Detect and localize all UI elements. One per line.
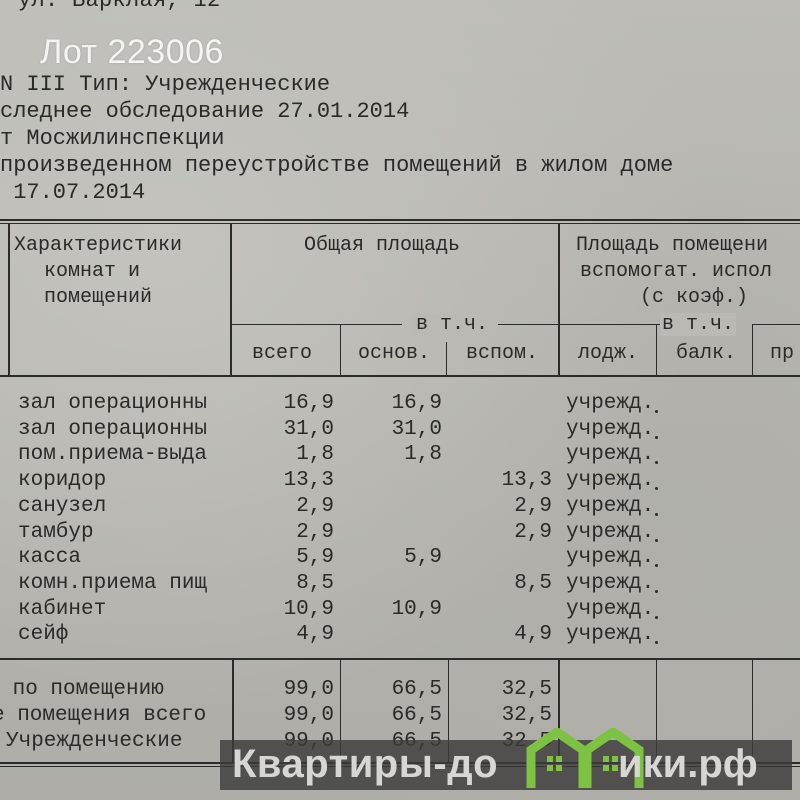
row-total-area: 8,5 <box>240 572 334 595</box>
row-aux-area: 8,5 <box>448 572 552 595</box>
row-room-name: зал операционны <box>18 392 207 415</box>
row-usage: учрежд. <box>566 392 654 415</box>
header-characteristics-1: Характеристики <box>14 234 182 257</box>
row-usage: учрежд. <box>566 443 654 466</box>
row-room-name: санузел <box>18 495 106 518</box>
row-aux-area: 13,3 <box>448 469 552 492</box>
row-dot-marker <box>655 487 658 490</box>
header-incl-main: в т.ч. <box>412 313 492 336</box>
watermark-text-right: ики.рф <box>618 742 758 787</box>
reconstruction-line: произведенном переустройстве помещений в… <box>0 153 673 178</box>
last-survey-line: следнее обследование 27.01.2014 <box>0 99 409 124</box>
totals-room-total: 99,0 <box>240 678 334 701</box>
row-dot-marker <box>655 410 658 413</box>
col-header-aux: вспом. <box>466 342 538 365</box>
row-aux-area: 2,9 <box>448 521 552 544</box>
col-header-balcony: балк. <box>676 342 736 365</box>
totals-all-total: 99,0 <box>240 704 334 727</box>
row-dot-marker <box>655 641 658 644</box>
totals-label-all: е помещения всего <box>0 704 206 727</box>
row-main-area: 10,9 <box>340 598 442 621</box>
lot-number-overlay: Лот 223006 <box>40 33 224 72</box>
row-dot-marker <box>655 461 658 464</box>
totals-all-main: 66,5 <box>340 704 442 727</box>
col-header-loggia: лодж. <box>578 342 638 365</box>
row-dot-marker <box>655 513 658 516</box>
header-aux-area-2: вспомогат. испол <box>580 260 772 283</box>
row-total-area: 13,3 <box>240 469 334 492</box>
row-total-area: 2,9 <box>240 495 334 518</box>
row-main-area: 1,8 <box>340 443 442 466</box>
col-header-other: пр <box>770 342 794 365</box>
header-aux-area-1: Площадь помещени <box>576 234 768 257</box>
row-usage: учрежд. <box>566 546 654 569</box>
row-usage: учрежд. <box>566 418 654 441</box>
row-aux-area: 4,9 <box>448 623 552 646</box>
row-total-area: 31,0 <box>240 418 334 441</box>
totals-all-aux: 32,5 <box>448 704 552 727</box>
row-dot-marker <box>655 539 658 542</box>
row-usage: учрежд. <box>566 521 654 544</box>
row-main-area: 16,9 <box>340 392 442 415</box>
row-total-area: 5,9 <box>240 546 334 569</box>
header-total-area: Общая площадь <box>304 234 460 257</box>
row-room-name: кабинет <box>18 598 106 621</box>
header-incl-aux: в т.ч. <box>660 313 736 336</box>
totals-label-type: Учрежденческие <box>6 730 182 753</box>
col-header-main: основ. <box>358 342 430 365</box>
row-dot-marker <box>655 436 658 439</box>
header-aux-area-3: (с коэф.) <box>640 286 748 309</box>
row-room-name: пом.приема-выда <box>18 443 207 466</box>
date-line: 17.07.2014 <box>0 180 145 205</box>
row-room-name: касса <box>18 546 81 569</box>
row-dot-marker <box>655 590 658 593</box>
header-characteristics-2: комнат и <box>44 260 140 283</box>
row-aux-area: 2,9 <box>448 495 552 518</box>
row-total-area: 1,8 <box>240 443 334 466</box>
totals-room-main: 66,5 <box>340 678 442 701</box>
row-usage: учрежд. <box>566 623 654 646</box>
row-usage: учрежд. <box>566 598 654 621</box>
header-characteristics-3: помещений <box>44 286 152 309</box>
watermark-text-left: Квартиры-до <box>232 742 498 787</box>
row-dot-marker <box>655 616 658 619</box>
row-room-name: коридор <box>18 469 106 492</box>
row-usage: учрежд. <box>566 495 654 518</box>
row-room-name: тамбур <box>18 521 94 544</box>
row-usage: учрежд. <box>566 572 654 595</box>
passport-type-line: N III Тип: Учрежденческие <box>0 72 330 97</box>
totals-label-room: по помещению <box>0 678 164 701</box>
row-main-area: 31,0 <box>340 418 442 441</box>
row-room-name: зал операционны <box>18 418 207 441</box>
row-total-area: 10,9 <box>240 598 334 621</box>
row-total-area: 4,9 <box>240 623 334 646</box>
row-main-area: 5,9 <box>340 546 442 569</box>
col-header-total: всего <box>252 342 312 365</box>
row-room-name: комн.приема пищ <box>18 572 207 595</box>
row-total-area: 16,9 <box>240 392 334 415</box>
watermark-banner: Квартиры-до ики.рф <box>220 740 792 790</box>
row-dot-marker <box>655 564 658 567</box>
inspection-line: т Мосжилинспекции <box>0 126 224 151</box>
row-room-name: сейф <box>18 623 68 646</box>
address-line: ул. Барклая, 12 <box>18 0 221 13</box>
row-usage: учрежд. <box>566 469 654 492</box>
totals-room-aux: 32,5 <box>448 678 552 701</box>
row-total-area: 2,9 <box>240 521 334 544</box>
